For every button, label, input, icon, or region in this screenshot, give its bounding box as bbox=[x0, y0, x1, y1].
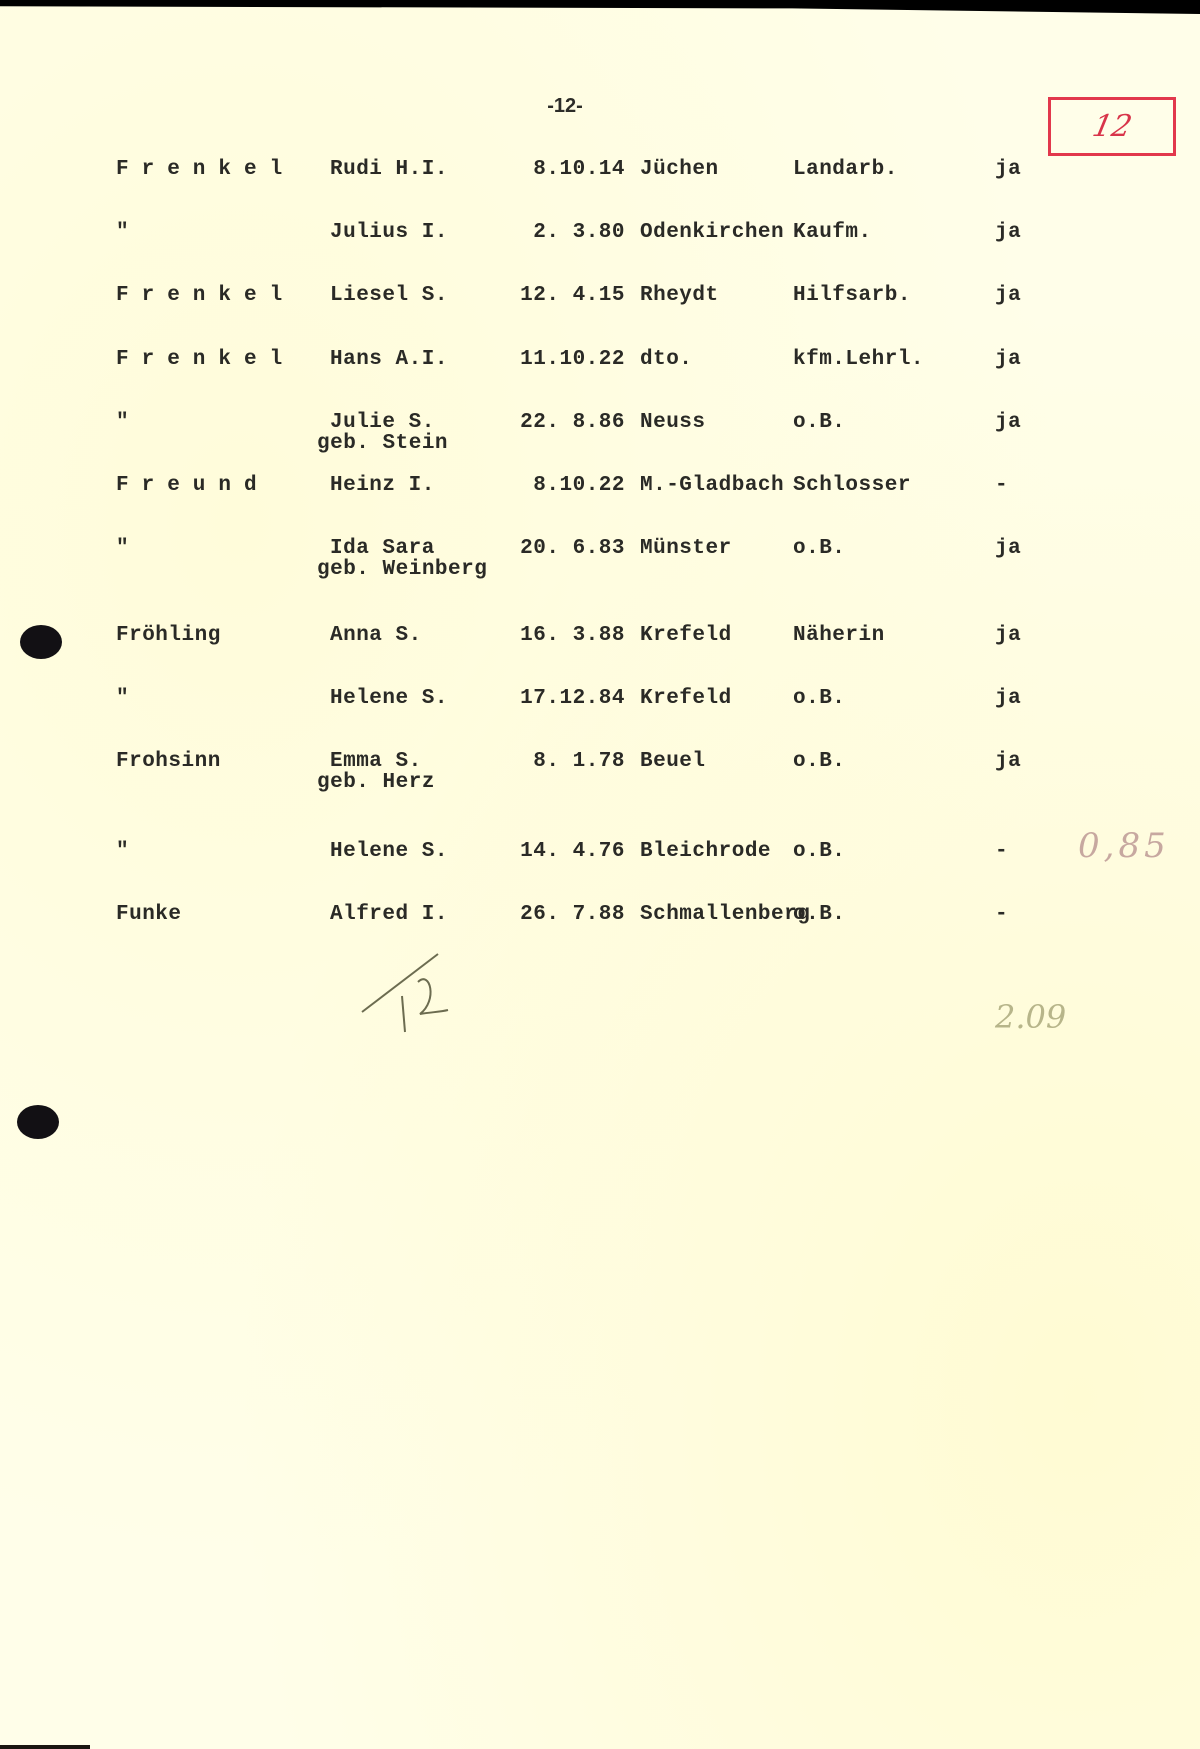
birth-place: Schmallenberg bbox=[640, 903, 810, 926]
birth-date-text: 17.12.84 bbox=[520, 687, 625, 710]
surname: Fröhling bbox=[116, 624, 221, 647]
surname-text: Frohsinn bbox=[116, 750, 221, 773]
birth-date: 8. 1.78 bbox=[490, 750, 625, 773]
given-name-text: Helene S. bbox=[330, 687, 448, 710]
surname-text: Fröhling bbox=[116, 624, 221, 647]
birth-place: Odenkirchen bbox=[640, 221, 784, 244]
punch-hole bbox=[20, 625, 62, 659]
status-mark-text: ja bbox=[995, 158, 1021, 181]
occupation-text: Hilfsarb. bbox=[793, 284, 911, 307]
occupation-text: o.B. bbox=[793, 687, 845, 710]
status-mark-text: ja bbox=[995, 687, 1021, 710]
signature-stroke-icon bbox=[360, 952, 470, 1042]
occupation: o.B. bbox=[793, 903, 845, 926]
birth-date-text: 8. 1.78 bbox=[533, 750, 625, 773]
birth-place-text: Bleichrode bbox=[640, 840, 771, 863]
stamp-number: 12 bbox=[1089, 109, 1135, 144]
status-mark: ja bbox=[995, 158, 1021, 181]
status-mark-text: ja bbox=[995, 750, 1021, 773]
surname-text: Frenkel bbox=[116, 284, 295, 307]
given-name-text: Anna S. bbox=[330, 624, 422, 647]
maiden-name: geb. Stein bbox=[317, 432, 448, 455]
surname-text: " bbox=[116, 411, 129, 434]
surname: " bbox=[116, 840, 129, 863]
birth-date-text: 20. 6.83 bbox=[520, 537, 625, 560]
surname-text: Frenkel bbox=[116, 158, 295, 181]
given-name: Emma S.geb. Herz bbox=[330, 750, 435, 794]
birth-place: Krefeld bbox=[640, 687, 732, 710]
birth-place-text: Odenkirchen bbox=[640, 221, 784, 244]
surname-text: " bbox=[116, 687, 129, 710]
occupation-text: o.B. bbox=[793, 750, 845, 773]
surname: Frenkel bbox=[116, 284, 295, 307]
birth-place: Neuss bbox=[640, 411, 706, 434]
given-name: Helene S. bbox=[330, 840, 448, 863]
given-name: Julius I. bbox=[330, 221, 448, 244]
handwritten-margin-note: 0,85 bbox=[1078, 826, 1170, 866]
occupation: o.B. bbox=[793, 687, 845, 710]
given-name-text: Liesel S. bbox=[330, 284, 448, 307]
birth-date-text: 2. 3.80 bbox=[533, 221, 625, 244]
given-name-text: Rudi H.I. bbox=[330, 158, 448, 181]
status-mark-text: ja bbox=[995, 284, 1021, 307]
occupation: Schlosser bbox=[793, 474, 911, 497]
birth-place-text: M.-Gladbach bbox=[640, 474, 784, 497]
surname-text: " bbox=[116, 840, 129, 863]
birth-date: 16. 3.88 bbox=[490, 624, 625, 647]
occupation: o.B. bbox=[793, 840, 845, 863]
given-name: Heinz I. bbox=[330, 474, 435, 497]
status-mark-text: - bbox=[995, 840, 1008, 863]
given-name: Ida Sarageb. Weinberg bbox=[330, 537, 487, 581]
birth-date: 11.10.22 bbox=[490, 348, 625, 371]
birth-date-text: 26. 7.88 bbox=[520, 903, 625, 926]
birth-date: 17.12.84 bbox=[490, 687, 625, 710]
birth-place: dto. bbox=[640, 348, 692, 371]
surname: " bbox=[116, 537, 129, 560]
birth-date: 26. 7.88 bbox=[490, 903, 625, 926]
given-name-text: Julie S. bbox=[330, 411, 435, 434]
handwritten-total: 2.09 bbox=[995, 998, 1066, 1036]
given-name: Rudi H.I. bbox=[330, 158, 448, 181]
handwritten-signature bbox=[360, 952, 470, 1042]
status-mark-text: ja bbox=[995, 537, 1021, 560]
surname: " bbox=[116, 411, 129, 434]
birth-place-text: Krefeld bbox=[640, 687, 732, 710]
occupation-text: kfm.Lehrl. bbox=[793, 348, 924, 371]
occupation-text: o.B. bbox=[793, 411, 845, 434]
occupation: kfm.Lehrl. bbox=[793, 348, 924, 371]
given-name-text: Hans A.I. bbox=[330, 348, 448, 371]
given-name: Alfred I. bbox=[330, 903, 448, 926]
surname-text: Freund bbox=[116, 474, 270, 497]
birth-date: 8.10.14 bbox=[490, 158, 625, 181]
status-mark-text: ja bbox=[995, 624, 1021, 647]
occupation-text: o.B. bbox=[793, 537, 845, 560]
document-page bbox=[0, 0, 1200, 1749]
given-name: Hans A.I. bbox=[330, 348, 448, 371]
birth-place-text: dto. bbox=[640, 348, 692, 371]
occupation-text: Kaufm. bbox=[793, 221, 872, 244]
maiden-name: geb. Herz bbox=[317, 771, 435, 794]
birth-place-text: Krefeld bbox=[640, 624, 732, 647]
given-name-text: Emma S. bbox=[330, 750, 422, 773]
birth-place-text: Münster bbox=[640, 537, 732, 560]
given-name: Liesel S. bbox=[330, 284, 448, 307]
birth-date: 14. 4.76 bbox=[490, 840, 625, 863]
birth-date-text: 8.10.14 bbox=[533, 158, 625, 181]
birth-date: 2. 3.80 bbox=[490, 221, 625, 244]
occupation-text: Näherin bbox=[793, 624, 885, 647]
birth-date-text: 11.10.22 bbox=[520, 348, 625, 371]
punch-hole bbox=[17, 1105, 59, 1139]
surname-text: " bbox=[116, 537, 129, 560]
birth-date: 20. 6.83 bbox=[490, 537, 625, 560]
status-mark-text: - bbox=[995, 474, 1008, 497]
status-mark: - bbox=[995, 903, 1008, 926]
birth-date-text: 16. 3.88 bbox=[520, 624, 625, 647]
occupation-text: Landarb. bbox=[793, 158, 898, 181]
occupation-text: o.B. bbox=[793, 903, 845, 926]
status-mark: ja bbox=[995, 750, 1021, 773]
occupation: o.B. bbox=[793, 537, 845, 560]
status-mark: ja bbox=[995, 284, 1021, 307]
occupation: o.B. bbox=[793, 750, 845, 773]
status-mark: ja bbox=[995, 411, 1021, 434]
occupation: Landarb. bbox=[793, 158, 898, 181]
surname: Frenkel bbox=[116, 348, 295, 371]
occupation: Näherin bbox=[793, 624, 885, 647]
status-mark-text: - bbox=[995, 903, 1008, 926]
status-mark: - bbox=[995, 840, 1008, 863]
occupation-text: o.B. bbox=[793, 840, 845, 863]
surname-text: Funke bbox=[116, 903, 182, 926]
page-number: -12- bbox=[535, 95, 595, 118]
status-mark: ja bbox=[995, 348, 1021, 371]
birth-place-text: Schmallenberg bbox=[640, 903, 810, 926]
status-mark: ja bbox=[995, 221, 1021, 244]
birth-place: Jüchen bbox=[640, 158, 719, 181]
birth-place-text: Rheydt bbox=[640, 284, 719, 307]
status-mark-text: ja bbox=[995, 221, 1021, 244]
given-name-text: Julius I. bbox=[330, 221, 448, 244]
archive-page-stamp: 12 bbox=[1048, 97, 1176, 156]
surname: Funke bbox=[116, 903, 182, 926]
surname: " bbox=[116, 221, 129, 244]
status-mark-text: ja bbox=[995, 348, 1021, 371]
status-mark: ja bbox=[995, 537, 1021, 560]
birth-date: 12. 4.15 bbox=[490, 284, 625, 307]
given-name-text: Alfred I. bbox=[330, 903, 448, 926]
birth-place: Beuel bbox=[640, 750, 706, 773]
surname: Frohsinn bbox=[116, 750, 221, 773]
occupation: Kaufm. bbox=[793, 221, 872, 244]
birth-place-text: Neuss bbox=[640, 411, 706, 434]
status-mark-text: ja bbox=[995, 411, 1021, 434]
status-mark: - bbox=[995, 474, 1008, 497]
given-name-text: Heinz I. bbox=[330, 474, 435, 497]
birth-place: Bleichrode bbox=[640, 840, 771, 863]
birth-date-text: 22. 8.86 bbox=[520, 411, 625, 434]
occupation-text: Schlosser bbox=[793, 474, 911, 497]
status-mark: ja bbox=[995, 687, 1021, 710]
birth-place: Münster bbox=[640, 537, 732, 560]
surname: Frenkel bbox=[116, 158, 295, 181]
surname: " bbox=[116, 687, 129, 710]
given-name-text: Helene S. bbox=[330, 840, 448, 863]
given-name: Anna S. bbox=[330, 624, 422, 647]
birth-place: M.-Gladbach bbox=[640, 474, 784, 497]
birth-place-text: Jüchen bbox=[640, 158, 719, 181]
occupation: Hilfsarb. bbox=[793, 284, 911, 307]
birth-date-text: 8.10.22 bbox=[533, 474, 625, 497]
surname: Freund bbox=[116, 474, 270, 497]
status-mark: ja bbox=[995, 624, 1021, 647]
maiden-name: geb. Weinberg bbox=[317, 558, 487, 581]
surname-text: Frenkel bbox=[116, 348, 295, 371]
birth-date: 8.10.22 bbox=[490, 474, 625, 497]
surname-text: " bbox=[116, 221, 129, 244]
scan-bottom-border bbox=[0, 1745, 90, 1749]
birth-date-text: 12. 4.15 bbox=[520, 284, 625, 307]
given-name: Julie S.geb. Stein bbox=[330, 411, 448, 455]
birth-place: Rheydt bbox=[640, 284, 719, 307]
birth-place-text: Beuel bbox=[640, 750, 706, 773]
birth-date: 22. 8.86 bbox=[490, 411, 625, 434]
given-name-text: Ida Sara bbox=[330, 537, 435, 560]
occupation: o.B. bbox=[793, 411, 845, 434]
birth-place: Krefeld bbox=[640, 624, 732, 647]
given-name: Helene S. bbox=[330, 687, 448, 710]
birth-date-text: 14. 4.76 bbox=[520, 840, 625, 863]
